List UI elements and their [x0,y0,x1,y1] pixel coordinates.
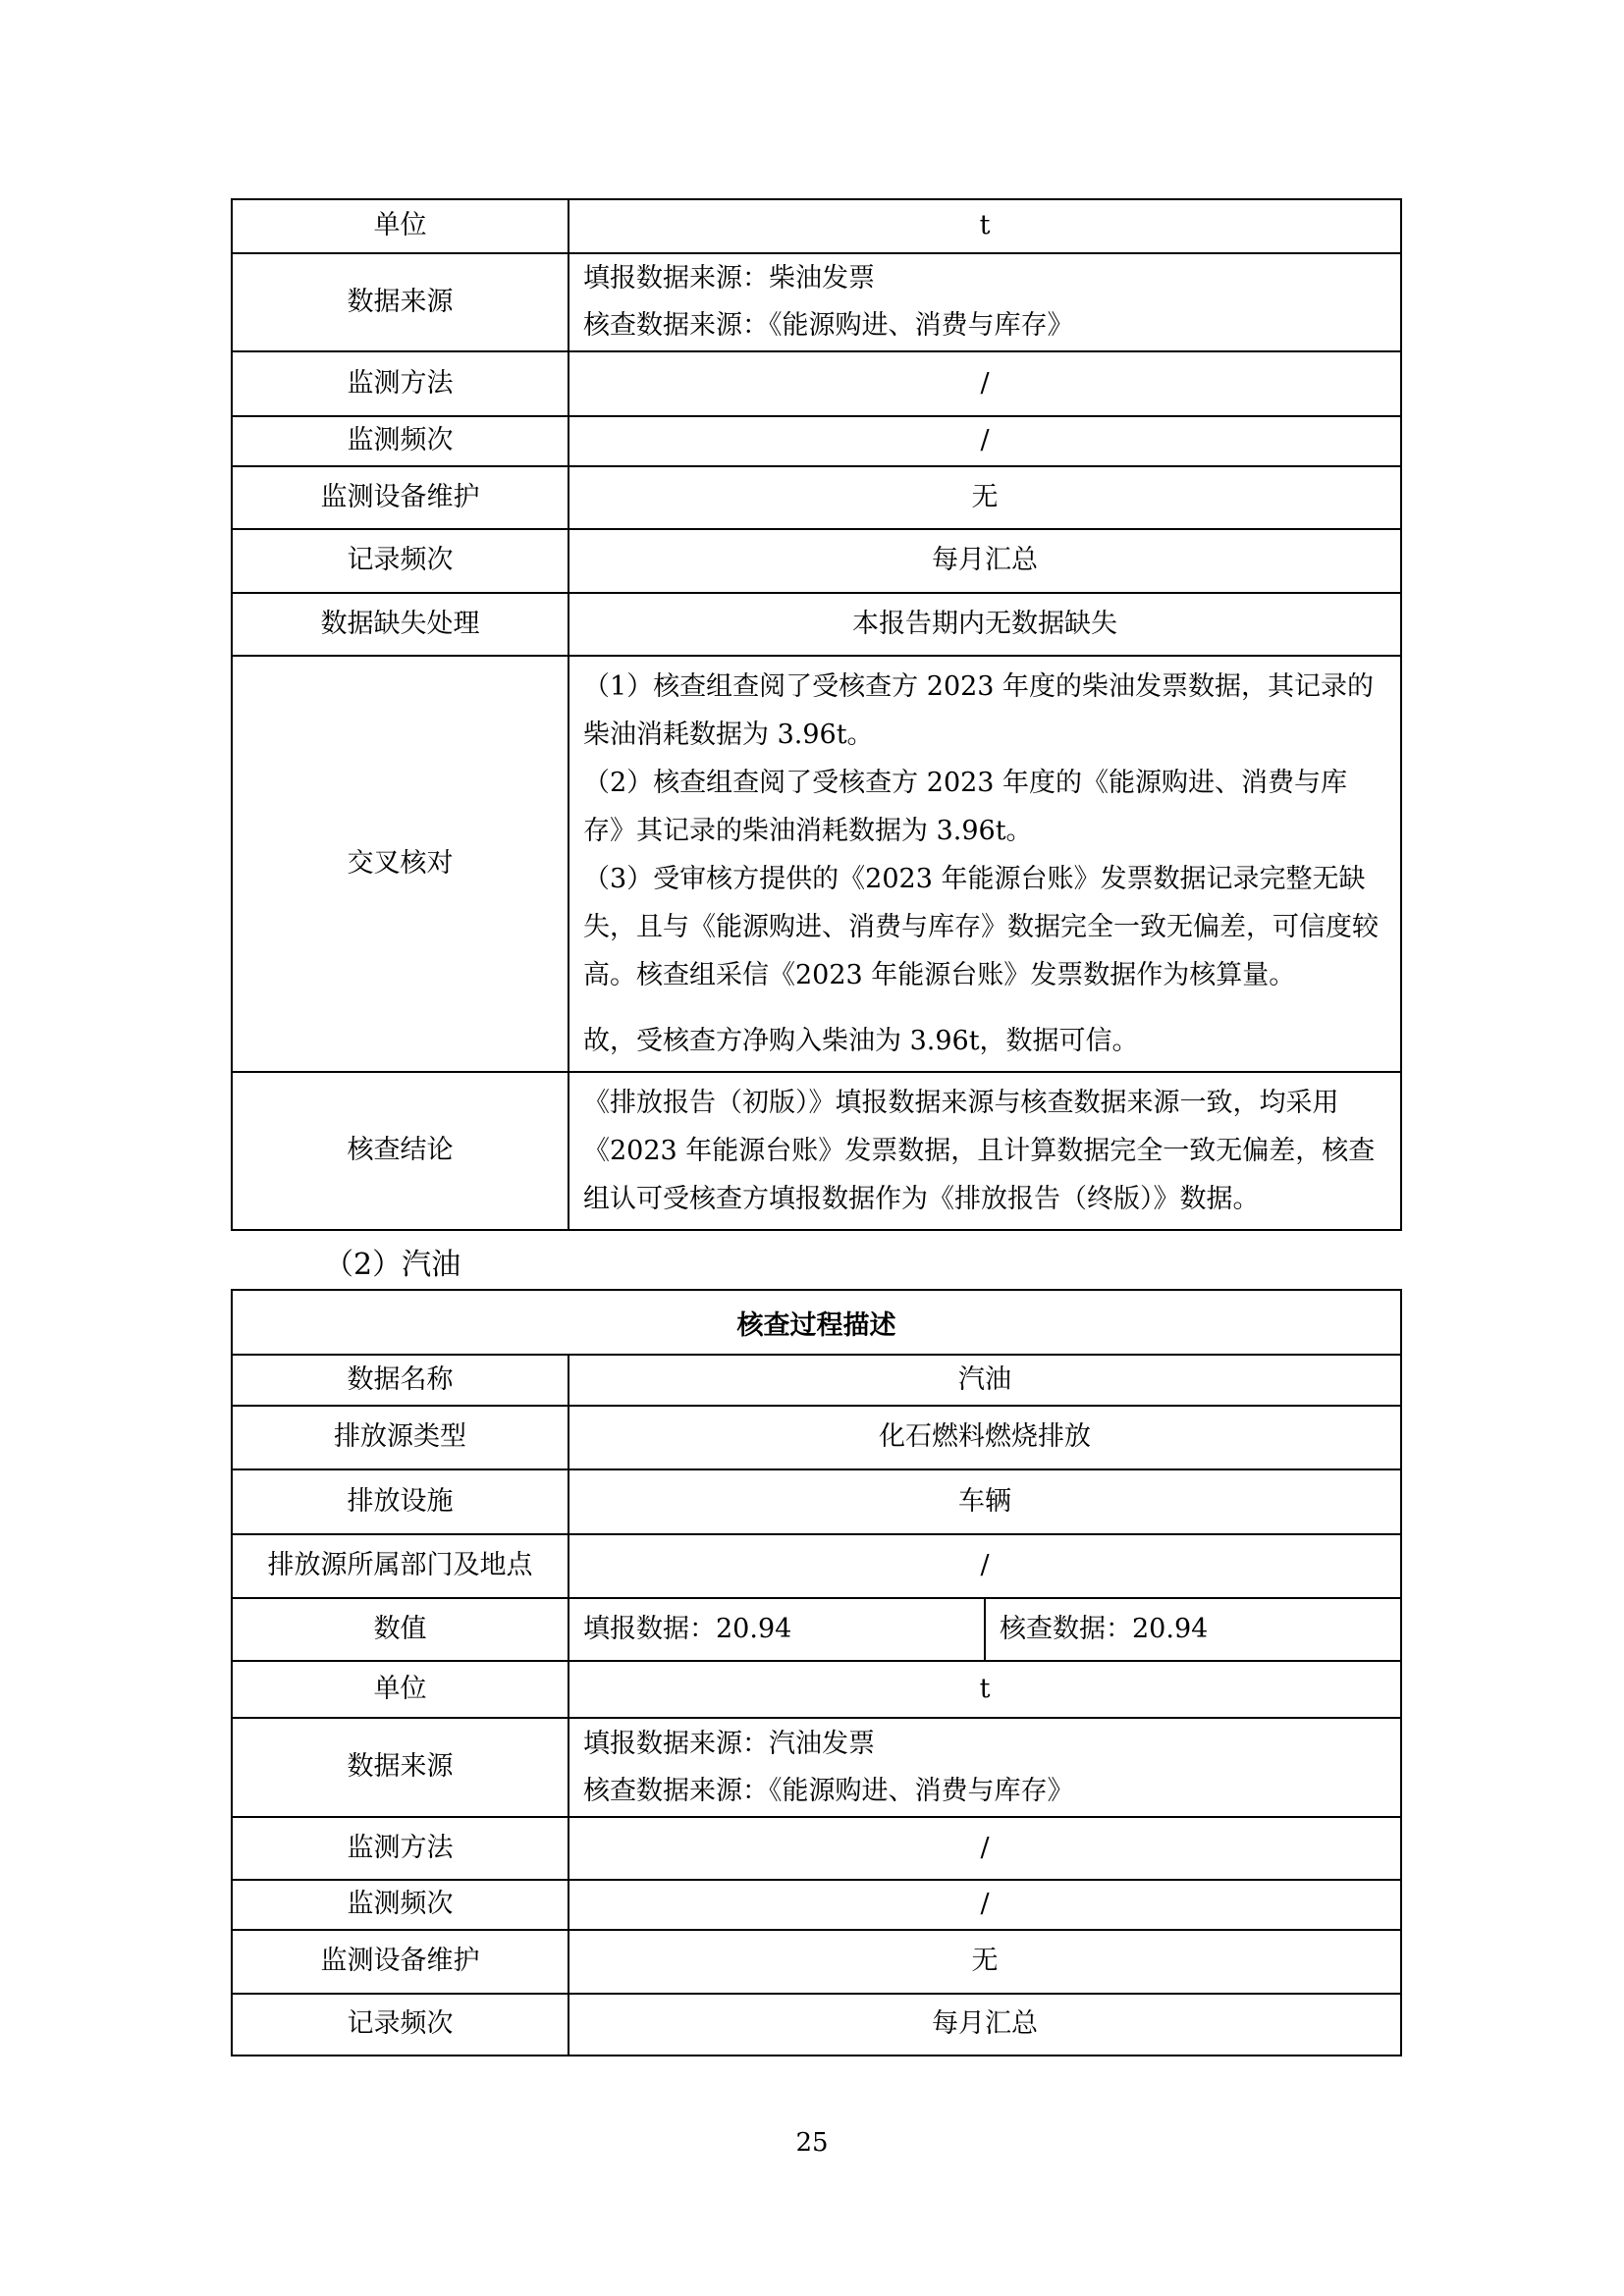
row-value: 每月汇总 [568,529,1401,593]
table-row: 排放源所属部门及地点 / [232,1534,1401,1598]
diesel-verification-table: 单位 t 数据来源 填报数据来源：柴油发票 核查数据来源：《能源购进、消费与库存… [231,198,1402,1231]
table-row: 记录频次 每月汇总 [232,1994,1401,2056]
reported-value: 填报数据：20.94 [568,1598,985,1661]
paragraph: （2）核查组查阅了受核查方 2023 年度的《能源购进、消费与库存》其记录的柴油… [583,759,1386,855]
table-row: 排放设施 车辆 [232,1469,1401,1534]
row-label: 数值 [232,1598,568,1661]
table-row: 数据来源 填报数据来源：汽油发票 核查数据来源：《能源购进、消费与库存》 [232,1718,1401,1817]
section-heading: （2）汽油 [324,1240,460,1283]
verified-source: 核查数据来源：《能源购进、消费与库存》 [583,1768,1386,1815]
row-label: 排放源所属部门及地点 [232,1534,568,1598]
row-value: 每月汇总 [568,1994,1401,2056]
paragraph: 故，受核查方净购入柴油为 3.96t，数据可信。 [583,1017,1386,1065]
row-label: 监测频次 [232,1880,568,1930]
row-value: 无 [568,1930,1401,1994]
verified-source: 核查数据来源：《能源购进、消费与库存》 [583,302,1386,349]
row-value: 无 [568,466,1401,529]
row-label: 排放设施 [232,1469,568,1534]
table-row: 数据缺失处理 本报告期内无数据缺失 [232,593,1401,656]
table-row: 数据来源 填报数据来源：柴油发票 核查数据来源：《能源购进、消费与库存》 [232,253,1401,351]
row-label: 监测方法 [232,1817,568,1880]
row-value: t [568,1661,1401,1718]
table-row: 监测方法 / [232,351,1401,416]
table-row: 数值 填报数据：20.94 核查数据：20.94 [232,1598,1401,1661]
table-row: 排放源类型 化石燃料燃烧排放 [232,1406,1401,1469]
row-label: 监测频次 [232,416,568,466]
row-value: 化石燃料燃烧排放 [568,1406,1401,1469]
row-label: 监测方法 [232,351,568,416]
row-value: 填报数据来源：柴油发票 核查数据来源：《能源购进、消费与库存》 [568,253,1401,351]
cross-check-text: （1）核查组查阅了受核查方 2023 年度的柴油发票数据，其记录的柴油消耗数据为… [568,656,1401,1072]
table-row: 记录频次 每月汇总 [232,529,1401,593]
row-label: 排放源类型 [232,1406,568,1469]
row-label: 数据来源 [232,1718,568,1817]
table-header-row: 核查过程描述 [232,1290,1401,1355]
row-value: 填报数据来源：汽油发票 核查数据来源：《能源购进、消费与库存》 [568,1718,1401,1817]
row-label: 监测设备维护 [232,1930,568,1994]
row-value: / [568,1880,1401,1930]
row-value: 汽油 [568,1355,1401,1406]
row-label: 数据名称 [232,1355,568,1406]
table-row: 监测设备维护 无 [232,466,1401,529]
page-number: 25 [0,2128,1624,2158]
row-label: 数据缺失处理 [232,593,568,656]
table-row: 核查结论 《排放报告（初版）》填报数据来源与核查数据来源一致，均采用《2023 … [232,1072,1401,1230]
paragraph: （3）受审核方提供的《2023 年能源台账》发票数据记录完整无缺失，且与《能源购… [583,855,1386,999]
verified-value: 核查数据：20.94 [985,1598,1401,1661]
row-value: / [568,1534,1401,1598]
table-row: 监测设备维护 无 [232,1930,1401,1994]
paragraph: （1）核查组查阅了受核查方 2023 年度的柴油发票数据，其记录的柴油消耗数据为… [583,663,1386,759]
table-row: 监测频次 / [232,1880,1401,1930]
gasoline-verification-table: 核查过程描述 数据名称 汽油 排放源类型 化石燃料燃烧排放 排放设施 车辆 排放… [231,1289,1402,2056]
table-row: 单位 t [232,1661,1401,1718]
row-label: 交叉核对 [232,656,568,1072]
row-value: t [568,199,1401,253]
table-row: 单位 t [232,199,1401,253]
row-label: 核查结论 [232,1072,568,1230]
reported-source: 填报数据来源：柴油发票 [583,255,1386,302]
row-label: 数据来源 [232,253,568,351]
row-label: 单位 [232,199,568,253]
row-value: / [568,1817,1401,1880]
reported-source: 填报数据来源：汽油发票 [583,1721,1386,1768]
row-value: 车辆 [568,1469,1401,1534]
table-header: 核查过程描述 [232,1290,1401,1355]
table-row: 监测方法 / [232,1817,1401,1880]
table-row: 数据名称 汽油 [232,1355,1401,1406]
row-label: 单位 [232,1661,568,1718]
row-value: / [568,416,1401,466]
conclusion-text: 《排放报告（初版）》填报数据来源与核查数据来源一致，均采用《2023 年能源台账… [568,1072,1401,1230]
table-row: 交叉核对 （1）核查组查阅了受核查方 2023 年度的柴油发票数据，其记录的柴油… [232,656,1401,1072]
table-row: 监测频次 / [232,416,1401,466]
row-label: 记录频次 [232,529,568,593]
row-label: 监测设备维护 [232,466,568,529]
row-value: 本报告期内无数据缺失 [568,593,1401,656]
row-value: / [568,351,1401,416]
row-label: 记录频次 [232,1994,568,2056]
